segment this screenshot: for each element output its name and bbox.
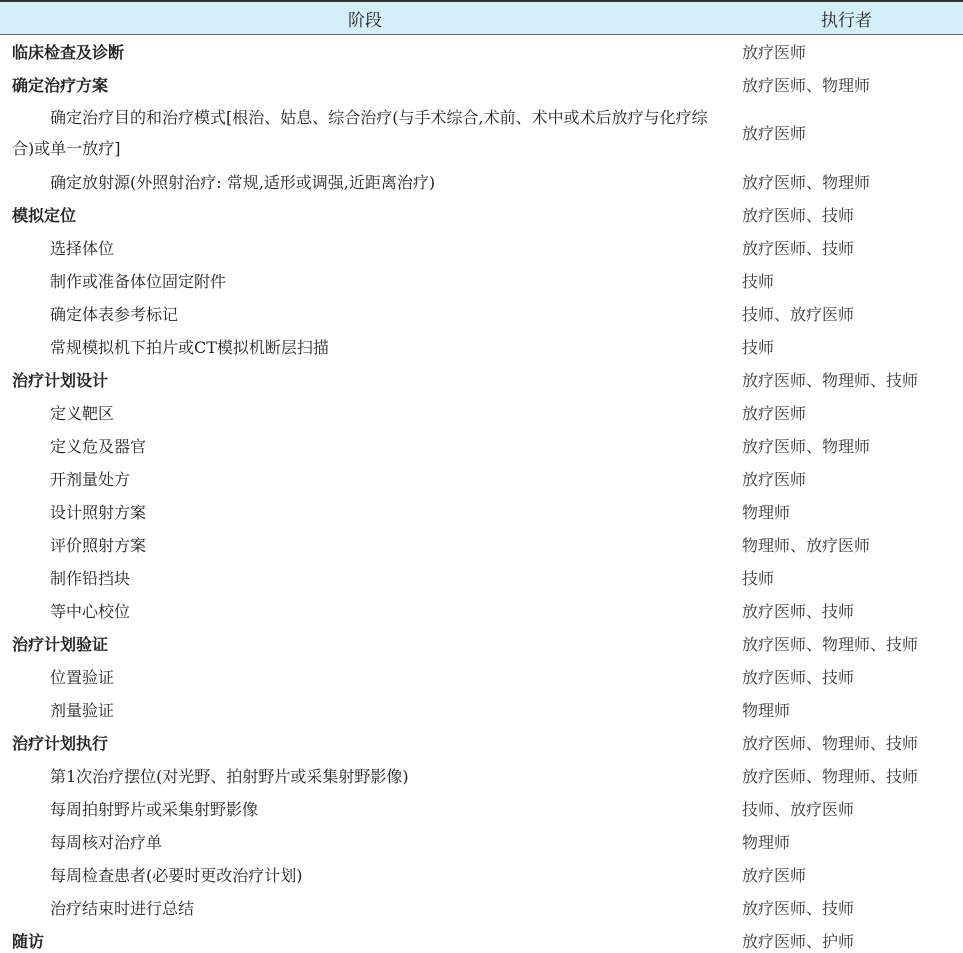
table-row: 随访放疗医师、护师 (0, 924, 963, 953)
table-row: 制作或准备体位固定附件技师 (0, 264, 963, 297)
stage-cell: 选择体位 (0, 231, 730, 264)
table-row: 每周核对治疗单物理师 (0, 825, 963, 858)
table-row: 治疗结束时进行总结放疗医师、技师 (0, 891, 963, 924)
executor-cell: 技师 (730, 330, 963, 363)
table-row: 剂量验证物理师 (0, 693, 963, 726)
stage-cell: 模拟定位 (0, 198, 730, 231)
stage-cell: 确定放射源(外照射治疗: 常规,适形或调强,近距离治疗) (0, 165, 730, 198)
executor-cell: 放疗医师、物理师、技师 (730, 759, 963, 792)
executor-cell: 放疗医师、技师 (730, 198, 963, 231)
table-row: 每周拍射野片或采集射野影像技师、放疗医师 (0, 792, 963, 825)
table-row: 位置验证放疗医师、技师 (0, 660, 963, 693)
stage-cell: 临床检查及诊断 (0, 35, 730, 69)
stage-cell: 第1次治疗摆位(对光野、拍射野片或采集射野影像) (0, 759, 730, 792)
table-row: 定义危及器官放疗医师、物理师 (0, 429, 963, 462)
stage-cell: 剂量验证 (0, 693, 730, 726)
executor-cell: 放疗医师、物理师、技师 (730, 363, 963, 396)
stage-cell: 制作或准备体位固定附件 (0, 264, 730, 297)
table-row: 确定放射源(外照射治疗: 常规,适形或调强,近距离治疗)放疗医师、物理师 (0, 165, 963, 198)
stage-cell: 每周检查患者(必要时更改治疗计划) (0, 858, 730, 891)
table-row: 确定体表参考标记技师、放疗医师 (0, 297, 963, 330)
stage-cell: 常规模拟机下拍片或CT模拟机断层扫描 (0, 330, 730, 363)
stage-cell: 治疗计划执行 (0, 726, 730, 759)
executor-cell: 放疗医师 (730, 396, 963, 429)
radiotherapy-workflow-table: 阶段 执行者 临床检查及诊断放疗医师确定治疗方案放疗医师、物理师确定治疗目的和治… (0, 0, 963, 953)
table-row: 设计照射方案物理师 (0, 495, 963, 528)
stage-cell: 制作铅挡块 (0, 561, 730, 594)
table-row: 定义靶区放疗医师 (0, 396, 963, 429)
executor-cell: 放疗医师 (730, 35, 963, 69)
executor-cell: 放疗医师、物理师 (730, 429, 963, 462)
table-row: 常规模拟机下拍片或CT模拟机断层扫描技师 (0, 330, 963, 363)
table-row: 确定治疗目的和治疗模式[根治、姑息、综合治疗(与手术综合,术前、术中或术后放疗与… (0, 101, 963, 165)
executor-cell: 放疗医师 (730, 101, 963, 165)
table-row: 每周检查患者(必要时更改治疗计划)放疗医师 (0, 858, 963, 891)
stage-cell: 治疗结束时进行总结 (0, 891, 730, 924)
table-header-row: 阶段 执行者 (0, 1, 963, 35)
executor-cell: 放疗医师、物理师、技师 (730, 726, 963, 759)
executor-cell: 技师 (730, 264, 963, 297)
executor-cell: 放疗医师、技师 (730, 231, 963, 264)
stage-cell: 每周拍射野片或采集射野影像 (0, 792, 730, 825)
stage-cell: 治疗计划验证 (0, 627, 730, 660)
table-row: 临床检查及诊断放疗医师 (0, 35, 963, 69)
stage-cell: 确定治疗目的和治疗模式[根治、姑息、综合治疗(与手术综合,术前、术中或术后放疗与… (0, 101, 730, 165)
table-row: 制作铅挡块技师 (0, 561, 963, 594)
executor-cell: 技师、放疗医师 (730, 792, 963, 825)
table-row: 评价照射方案物理师、放疗医师 (0, 528, 963, 561)
stage-cell: 确定体表参考标记 (0, 297, 730, 330)
table-row: 选择体位放疗医师、技师 (0, 231, 963, 264)
table-row: 确定治疗方案放疗医师、物理师 (0, 68, 963, 101)
executor-cell: 物理师、放疗医师 (730, 528, 963, 561)
executor-cell: 技师、放疗医师 (730, 297, 963, 330)
executor-cell: 技师 (730, 561, 963, 594)
stage-cell: 等中心校位 (0, 594, 730, 627)
table-row: 治疗计划设计放疗医师、物理师、技师 (0, 363, 963, 396)
executor-cell: 物理师 (730, 693, 963, 726)
executor-cell: 放疗医师 (730, 462, 963, 495)
stage-cell: 每周核对治疗单 (0, 825, 730, 858)
stage-cell: 开剂量处方 (0, 462, 730, 495)
header-executor: 执行者 (730, 1, 963, 35)
executor-cell: 放疗医师 (730, 858, 963, 891)
table-row: 第1次治疗摆位(对光野、拍射野片或采集射野影像)放疗医师、物理师、技师 (0, 759, 963, 792)
table-row: 模拟定位放疗医师、技师 (0, 198, 963, 231)
executor-cell: 物理师 (730, 825, 963, 858)
executor-cell: 放疗医师、护师 (730, 924, 963, 953)
executor-cell: 放疗医师、物理师、技师 (730, 627, 963, 660)
table-row: 治疗计划执行放疗医师、物理师、技师 (0, 726, 963, 759)
stage-cell: 随访 (0, 924, 730, 953)
stage-cell: 定义靶区 (0, 396, 730, 429)
stage-cell: 位置验证 (0, 660, 730, 693)
stage-cell: 评价照射方案 (0, 528, 730, 561)
table-row: 开剂量处方放疗医师 (0, 462, 963, 495)
stage-cell: 确定治疗方案 (0, 68, 730, 101)
executor-cell: 放疗医师、物理师 (730, 68, 963, 101)
table-body: 临床检查及诊断放疗医师确定治疗方案放疗医师、物理师确定治疗目的和治疗模式[根治、… (0, 35, 963, 953)
executor-cell: 物理师 (730, 495, 963, 528)
stage-cell: 治疗计划设计 (0, 363, 730, 396)
executor-cell: 放疗医师、技师 (730, 660, 963, 693)
executor-cell: 放疗医师、技师 (730, 594, 963, 627)
stage-cell: 设计照射方案 (0, 495, 730, 528)
table-row: 等中心校位放疗医师、技师 (0, 594, 963, 627)
executor-cell: 放疗医师、物理师 (730, 165, 963, 198)
table-row: 治疗计划验证放疗医师、物理师、技师 (0, 627, 963, 660)
stage-cell: 定义危及器官 (0, 429, 730, 462)
header-stage: 阶段 (0, 1, 730, 35)
executor-cell: 放疗医师、技师 (730, 891, 963, 924)
